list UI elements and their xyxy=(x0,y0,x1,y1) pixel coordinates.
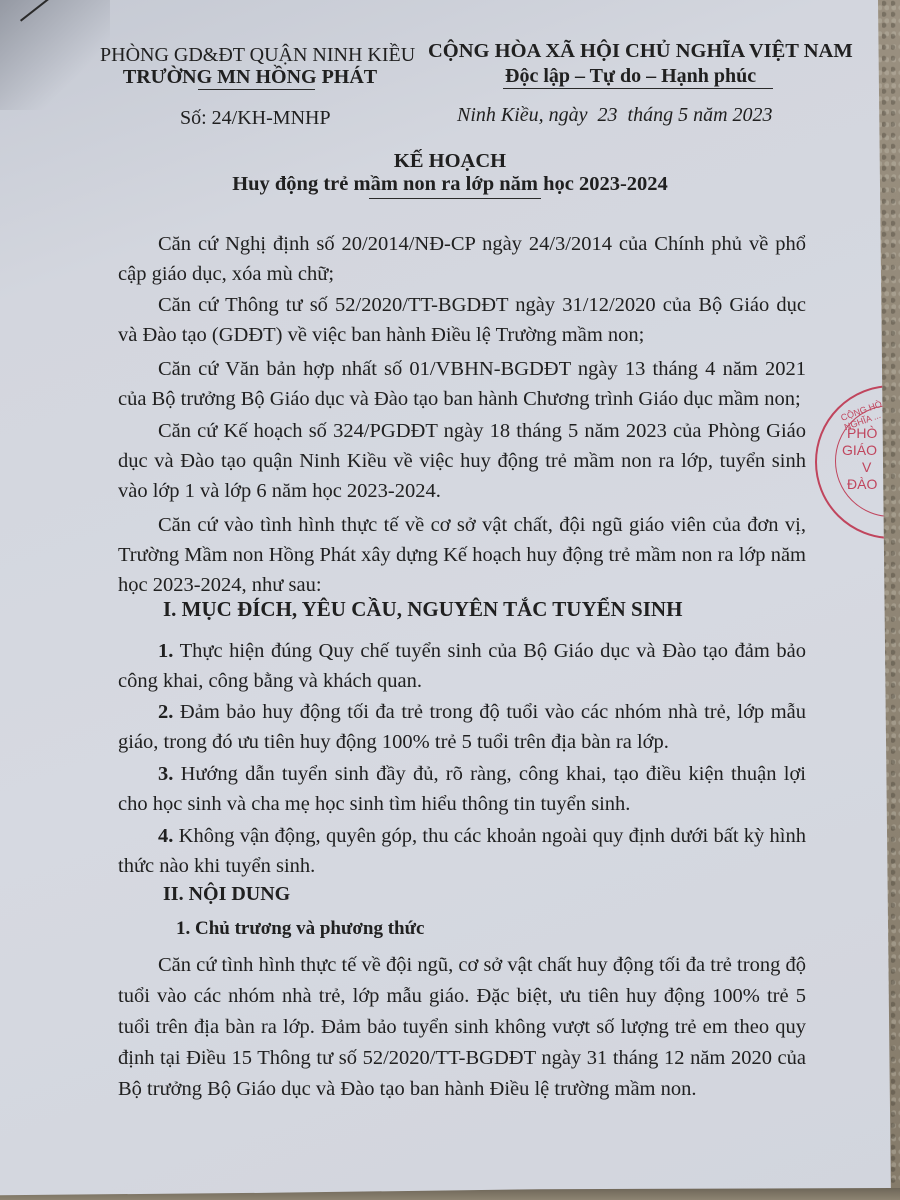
section-1-item-4: 4. Không vận động, quyên góp, thu các kh… xyxy=(118,821,806,881)
stamp-line-3: V xyxy=(862,459,871,475)
section-2-paragraph: Căn cứ tình hình thực tế về đội ngũ, cơ … xyxy=(118,950,806,1105)
document-number: Số: 24/KH-MNHP xyxy=(180,107,331,130)
item-text: Đảm bảo huy động tối đa trẻ trong độ tuổ… xyxy=(118,701,806,753)
item-text: Thực hiện đúng Quy chế tuyển sinh của Bộ… xyxy=(118,640,806,692)
legal-basis-4: Căn cứ Kế hoạch số 324/PGDĐT ngày 18 thá… xyxy=(118,416,806,506)
section-2-heading: II. NỘI DUNG xyxy=(163,883,290,906)
subtitle-underline xyxy=(369,198,541,199)
school-name: TRƯỜNG MN HỒNG PHÁT xyxy=(100,66,400,89)
item-text: Hướng dẫn tuyển sinh đầy đủ, rõ ràng, cô… xyxy=(118,763,806,815)
section-1-item-3: 3. Hướng dẫn tuyển sinh đầy đủ, rõ ràng,… xyxy=(118,759,806,819)
place-and-date: Ninh Kiều, ngày 23 tháng 5 năm 2023 xyxy=(457,104,773,127)
section-2-subheading: 1. Chủ trương và phương thức xyxy=(176,918,424,940)
national-motto: Độc lập – Tự do – Hạnh phúc xyxy=(505,65,756,88)
item-number: 1. xyxy=(158,640,173,662)
stamp-line-4: ĐÀO xyxy=(847,476,877,492)
item-text: Không vận động, quyên góp, thu các khoản… xyxy=(118,825,806,877)
section-1-item-2: 2. Đảm bảo huy động tối đa trẻ trong độ … xyxy=(118,697,806,757)
legal-basis-3: Căn cứ Văn bản hợp nhất số 01/VBHN-BGDĐT… xyxy=(118,354,806,414)
section-1-item-1: 1. Thực hiện đúng Quy chế tuyển sinh của… xyxy=(118,636,806,696)
stamp-line-2: GIÁO xyxy=(842,442,877,458)
school-underline xyxy=(198,89,315,90)
motto-underline xyxy=(503,88,773,89)
stamp-line-1: PHÒ xyxy=(847,425,877,441)
legal-basis-2: Căn cứ Thông tư số 52/2020/TT-BGDĐT ngày… xyxy=(118,290,806,350)
document-title: KẾ HOẠCH xyxy=(200,150,700,173)
document-page: PHÒNG GD&ĐT QUẬN NINH KIỀU TRƯỜNG MN HỒN… xyxy=(0,0,900,1200)
school-name-text: TRƯỜNG MN HỒNG PHÁT xyxy=(123,66,377,88)
document-subtitle: Huy động trẻ mầm non ra lớp năm học 2023… xyxy=(200,173,700,196)
legal-basis-1: Căn cứ Nghị định số 20/2014/NĐ-CP ngày 2… xyxy=(118,229,806,289)
legal-basis-5: Căn cứ vào tình hình thực tế về cơ sở vậ… xyxy=(118,510,806,600)
agency-name: PHÒNG GD&ĐT QUẬN NINH KIỀU xyxy=(100,44,400,67)
item-number: 4. xyxy=(158,825,173,847)
item-number: 2. xyxy=(158,701,173,723)
country-name: CỘNG HÒA XÃ HỘI CHỦ NGHĨA VIỆT NAM xyxy=(428,40,853,63)
section-1-heading: I. MỤC ĐÍCH, YÊU CẦU, NGUYÊN TẮC TUYỂN S… xyxy=(163,597,682,622)
item-number: 3. xyxy=(158,763,173,785)
